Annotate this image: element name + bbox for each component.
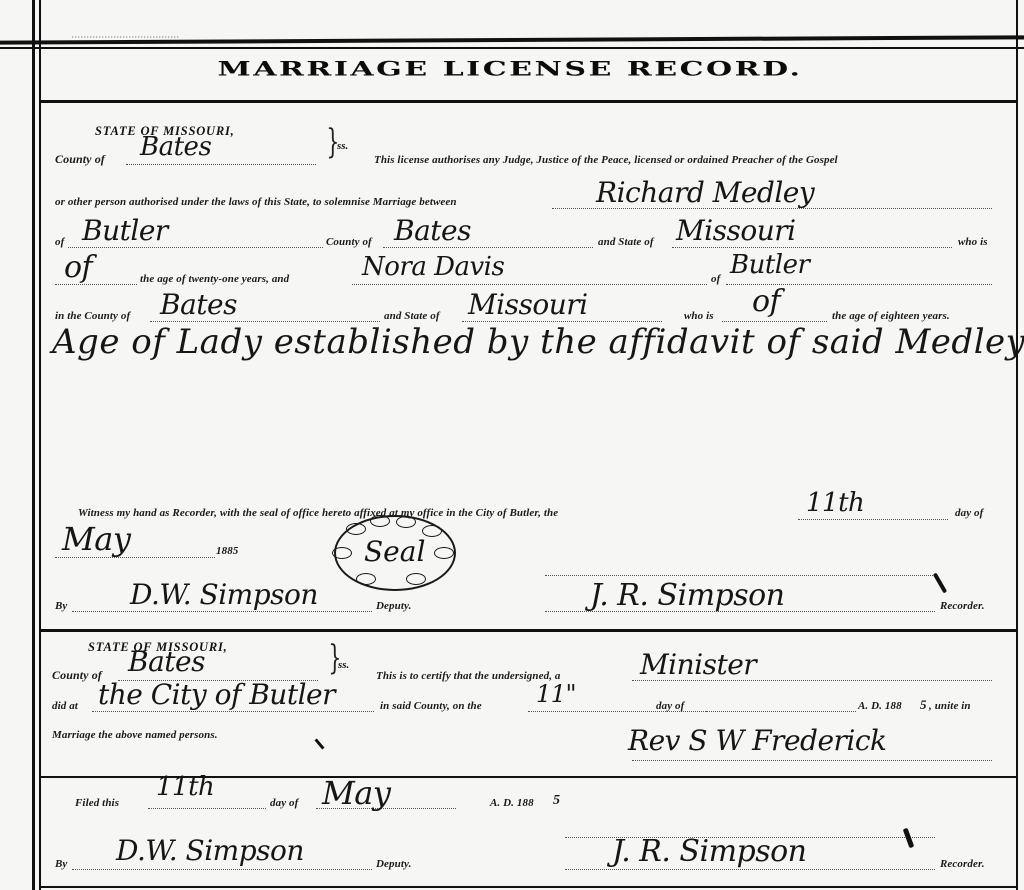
bride-who-is-label: who is <box>684 310 714 322</box>
certificate-ss: ss. <box>338 659 349 671</box>
bride-age-qualifier: of <box>752 284 780 319</box>
certificate-year-digit: 5 <box>920 697 927 713</box>
groom-name: Richard Medley <box>596 176 814 209</box>
groom-state-line <box>672 247 952 248</box>
seal-text: Seal <box>364 535 425 568</box>
groom-age-text: the age of twenty-one years, and <box>140 273 289 285</box>
left-border-inner <box>39 0 41 890</box>
witness-day-line <box>798 519 948 520</box>
officiant-signature: Rev S W Frederick <box>628 724 887 757</box>
witness-recorder-label: Recorder. <box>940 600 985 612</box>
groom-city-line <box>68 247 323 248</box>
filed-day: 11th <box>156 772 214 802</box>
left-border-outer <box>32 0 35 890</box>
groom-county-line <box>383 247 593 248</box>
filing-recorder-line <box>565 869 935 870</box>
certificate-unite-text: , unite in <box>929 700 971 712</box>
groom-who-is-label: who is <box>958 236 988 248</box>
filing-recorder-label: Recorder. <box>940 858 985 870</box>
certificate-place: the City of Butler <box>98 678 335 711</box>
bride-of-label: of <box>711 273 720 285</box>
ink-mark-3 <box>903 828 915 849</box>
groom-county: Bates <box>394 214 471 247</box>
header-rule-bottom <box>40 100 1018 103</box>
license-county-prefix: County of <box>55 152 105 167</box>
ink-mark <box>933 572 947 593</box>
witness-text: Witness my hand as Recorder, with the se… <box>78 507 558 519</box>
certificate-county-value: Bates <box>128 645 205 678</box>
bride-state: Missouri <box>468 288 588 321</box>
certificate-brace: } <box>328 638 341 678</box>
in-county-text: in said County, on the <box>380 700 482 712</box>
filed-label: Filed this <box>75 797 119 809</box>
filing-recorder-signature: J. R. Simpson <box>612 834 807 869</box>
certificate-county-prefix: County of <box>52 668 102 683</box>
ink-mark-2 <box>314 738 324 749</box>
filing-deputy-label: Deputy. <box>376 858 411 870</box>
right-border <box>1016 0 1018 890</box>
groom-city: Butler <box>82 214 168 247</box>
bottom-rule <box>40 886 1018 888</box>
witness-month: May <box>62 520 130 558</box>
groom-state: Missouri <box>676 214 796 247</box>
filing-deputy-signature: D.W. Simpson <box>116 834 304 867</box>
header-fine-print: · · · · · · · · · · · · · · · · · · · · … <box>72 35 179 41</box>
filed-ad-text: A. D. 188 <box>490 797 534 809</box>
bride-name: Nora Davis <box>362 252 504 282</box>
recorder-top-line <box>545 575 935 576</box>
groom-state-label: and State of <box>598 236 654 248</box>
office-seal: Seal <box>334 515 456 591</box>
bride-county-label: in the County of <box>55 310 130 322</box>
certificate-ad-text: A. D. 188 <box>858 700 902 712</box>
bride-state-label: and State of <box>384 310 440 322</box>
groom-of-label: of <box>55 236 64 248</box>
filed-day-line <box>148 808 266 809</box>
place-line <box>92 711 374 712</box>
witness-deputy-label: Deputy. <box>376 600 411 612</box>
section-divider-1 <box>40 629 1018 632</box>
officiant-title: Minister <box>640 648 756 681</box>
certificate-day: 11" <box>536 680 576 708</box>
witness-day-of-label: day of <box>955 507 983 519</box>
license-county-value: Bates <box>140 132 211 162</box>
header-rule-second <box>0 47 1024 49</box>
witness-deputy-signature: D.W. Simpson <box>130 578 318 611</box>
bride-name-line <box>352 284 707 285</box>
certificate-month-line <box>706 711 856 712</box>
did-at-label: did at <box>52 700 78 712</box>
license-county-line <box>126 164 316 165</box>
officiant-signature-line <box>632 760 992 761</box>
witness-year: 1885 <box>216 545 238 557</box>
bride-age-text: the age of eighteen years. <box>832 310 950 322</box>
witness-recorder-signature: J. R. Simpson <box>590 578 785 613</box>
certificate-certify-text: This is to certify that the undersigned,… <box>376 670 561 682</box>
license-note: Age of Lady established by the affidavit… <box>52 322 1024 362</box>
bride-county: Bates <box>160 288 237 321</box>
bride-city: Butler <box>730 250 809 280</box>
license-ss: ss. <box>337 140 348 152</box>
witness-by-label: By <box>55 600 67 612</box>
certificate-day-of-label: day of <box>656 700 684 712</box>
page-title: MARRIAGE LICENSE RECORD. <box>0 57 1024 80</box>
groom-county-label: County of <box>326 236 372 248</box>
witness-deputy-line <box>72 611 372 612</box>
license-intro-text: This license authorises any Judge, Justi… <box>374 154 838 166</box>
filed-month: May <box>322 774 390 812</box>
marriage-text: Marriage the above named persons. <box>52 729 218 741</box>
filed-day-of-label: day of <box>270 797 298 809</box>
license-line2-text: or other person authorised under the law… <box>55 196 457 208</box>
filing-by-label: By <box>55 858 67 870</box>
groom-age-qualifier: of <box>64 250 92 285</box>
filing-deputy-line <box>72 869 372 870</box>
filed-year-digit: 5 <box>553 793 560 809</box>
marriage-license-record-page: · · · · · · · · · · · · · · · · · · · · … <box>0 0 1024 890</box>
witness-day: 11th <box>806 488 864 518</box>
